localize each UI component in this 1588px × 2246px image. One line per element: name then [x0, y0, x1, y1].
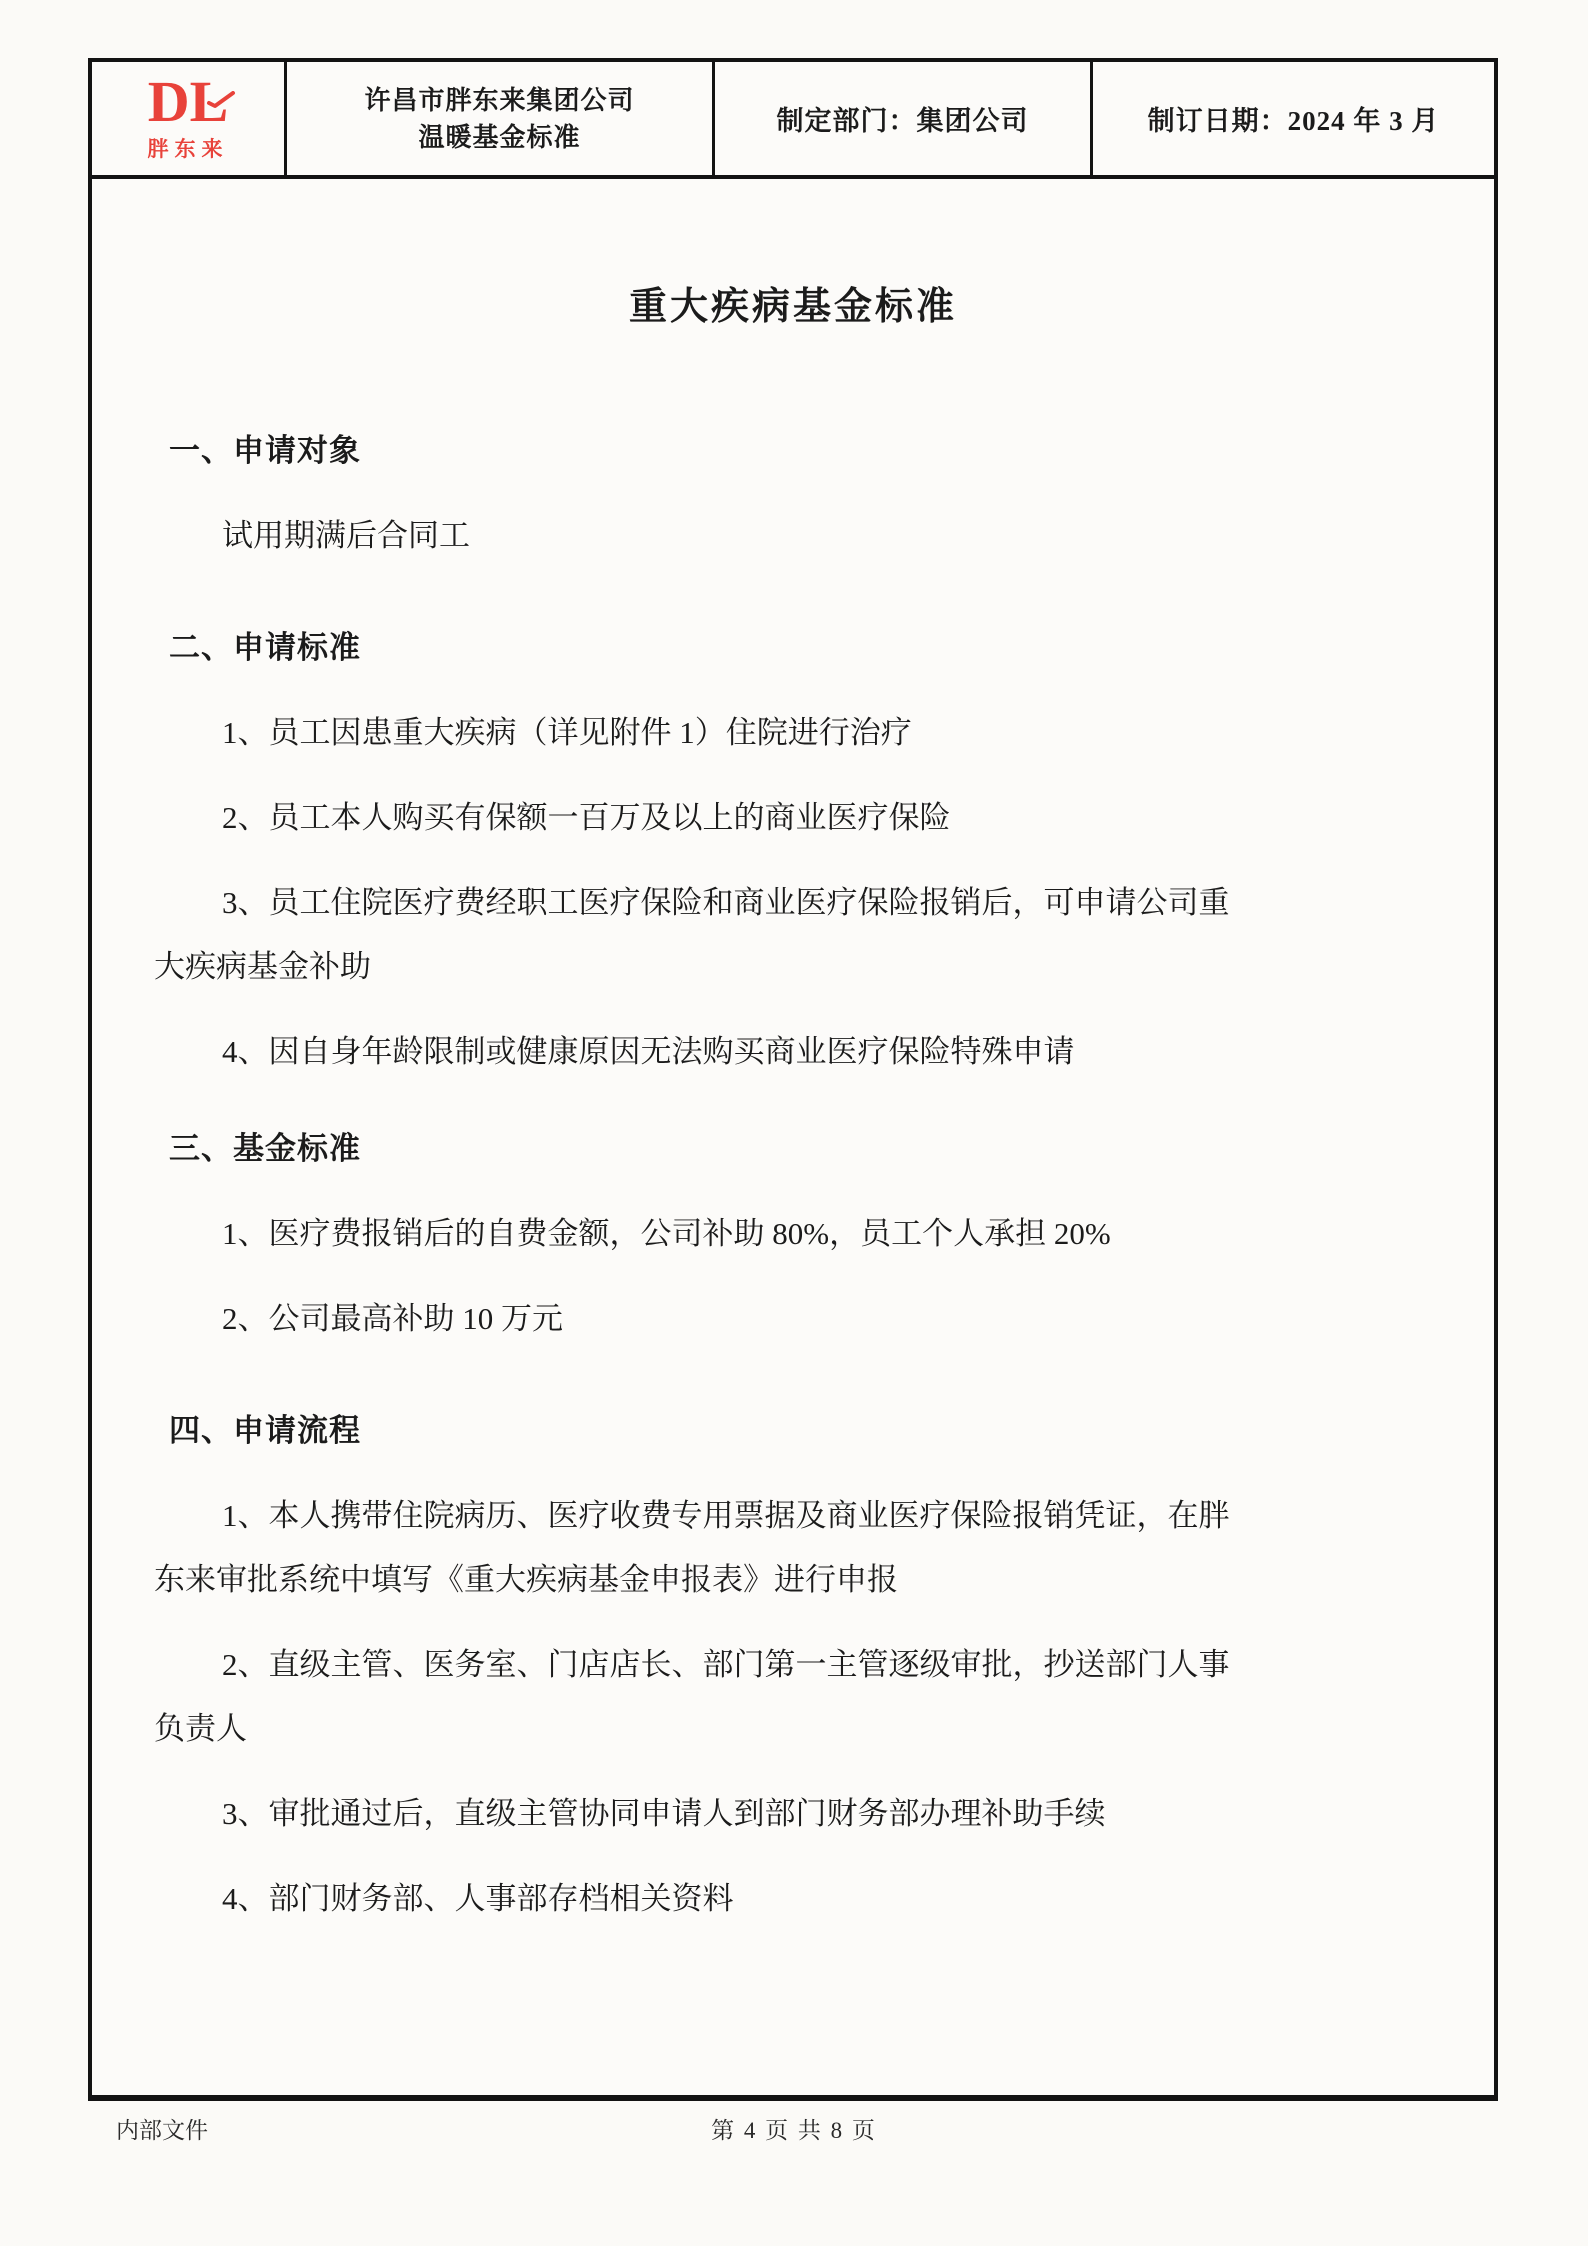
paragraph-line: 1、医疗费报销后的自费金额，公司补助 80%，员工个人承担 20%: [154, 1202, 1432, 1266]
page-footer: 内部文件 第 4 页 共 8 页: [0, 2112, 1588, 2152]
paragraph-line: 负责人: [154, 1697, 1432, 1761]
header-company-line: 许昌市胖东来集团公司: [364, 82, 634, 119]
footer-page-number: 第 4 页 共 8 页: [0, 2112, 1588, 2145]
section-2-item-2: 2、员工本人购买有保额一百万及以上的商业医疗保险: [154, 786, 1432, 850]
paragraph-line: 3、审批通过后，直级主管协同申请人到部门财务部办理补助手续: [154, 1782, 1432, 1846]
paragraph-line: 1、员工因患重大疾病（详见附件 1）住院进行治疗: [154, 701, 1432, 765]
document-border-box: DL 胖东来 许昌市胖东来集团公司 温暖基金标准 制定部门：集团公司 制订日期：…: [88, 58, 1498, 2101]
section-3-item-2: 2、公司最高补助 10 万元: [154, 1287, 1432, 1351]
document-body: 重大疾病基金标准 一、申请对象 试用期满后合同工 二、申请标准 1、员工因患重大…: [92, 179, 1494, 1952]
header-document-title-cell: 许昌市胖东来集团公司 温暖基金标准: [284, 62, 712, 175]
header-fund-line: 温暖基金标准: [418, 119, 580, 156]
section-4-item-2: 2、直级主管、医务室、门店店长、部门第一主管逐级审批，抄送部门人事 负责人: [154, 1633, 1432, 1761]
section-heading-3: 三、基金标准: [154, 1117, 1432, 1181]
paragraph-line: 试用期满后合同工: [154, 504, 1432, 568]
paragraph-line: 大疾病基金补助: [154, 935, 1432, 999]
section-4-item-3: 3、审批通过后，直级主管协同申请人到部门财务部办理补助手续: [154, 1782, 1432, 1846]
section-2-item-3: 3、员工住院医疗费经职工医疗保险和商业医疗保险报销后，可申请公司重 大疾病基金补…: [154, 871, 1432, 999]
logo-company-name: 胖东来: [148, 133, 229, 163]
section-heading-1: 一、申请对象: [154, 419, 1432, 483]
paragraph-line: 4、部门财务部、人事部存档相关资料: [154, 1867, 1432, 1931]
section-1-item-1: 试用期满后合同工: [154, 504, 1432, 568]
section-4-item-4: 4、部门财务部、人事部存档相关资料: [154, 1867, 1432, 1931]
paragraph-line: 2、公司最高补助 10 万元: [154, 1287, 1432, 1351]
header-date-cell: 制订日期：2024 年 3 月: [1090, 62, 1494, 175]
header-department-cell: 制定部门：集团公司: [712, 62, 1090, 175]
paragraph-line: 4、因自身年龄限制或健康原因无法购买商业医疗保险特殊申请: [154, 1020, 1432, 1084]
company-logo: DL 胖东来: [92, 62, 284, 175]
logo-check-accent-icon: [206, 63, 236, 117]
section-2-item-1: 1、员工因患重大疾病（详见附件 1）住院进行治疗: [154, 701, 1432, 765]
section-4-item-1: 1、本人携带住院病历、医疗收费专用票据及商业医疗保险报销凭证，在胖 东来审批系统…: [154, 1484, 1432, 1612]
section-heading-2: 二、申请标准: [154, 616, 1432, 680]
page-title: 重大疾病基金标准: [154, 275, 1432, 339]
paragraph-line: 1、本人携带住院病历、医疗收费专用票据及商业医疗保险报销凭证，在胖: [154, 1484, 1432, 1548]
logo-dl-monogram: DL: [148, 75, 229, 129]
header-department-text: 制定部门：集团公司: [777, 99, 1029, 138]
paragraph-line: 2、员工本人购买有保额一百万及以上的商业医疗保险: [154, 786, 1432, 850]
paragraph-line: 2、直级主管、医务室、门店店长、部门第一主管逐级审批，抄送部门人事: [154, 1633, 1432, 1697]
paragraph-line: 东来审批系统中填写《重大疾病基金申报表》进行申报: [154, 1548, 1432, 1612]
paragraph-line: 3、员工住院医疗费经职工医疗保险和商业医疗保险报销后，可申请公司重: [154, 871, 1432, 935]
section-3-item-1: 1、医疗费报销后的自费金额，公司补助 80%，员工个人承担 20%: [154, 1202, 1432, 1266]
section-2-item-4: 4、因自身年龄限制或健康原因无法购买商业医疗保险特殊申请: [154, 1020, 1432, 1084]
section-heading-4: 四、申请流程: [154, 1399, 1432, 1463]
document-header-table: DL 胖东来 许昌市胖东来集团公司 温暖基金标准 制定部门：集团公司 制订日期：…: [92, 62, 1494, 179]
header-date-text: 制订日期：2024 年 3 月: [1148, 99, 1440, 138]
